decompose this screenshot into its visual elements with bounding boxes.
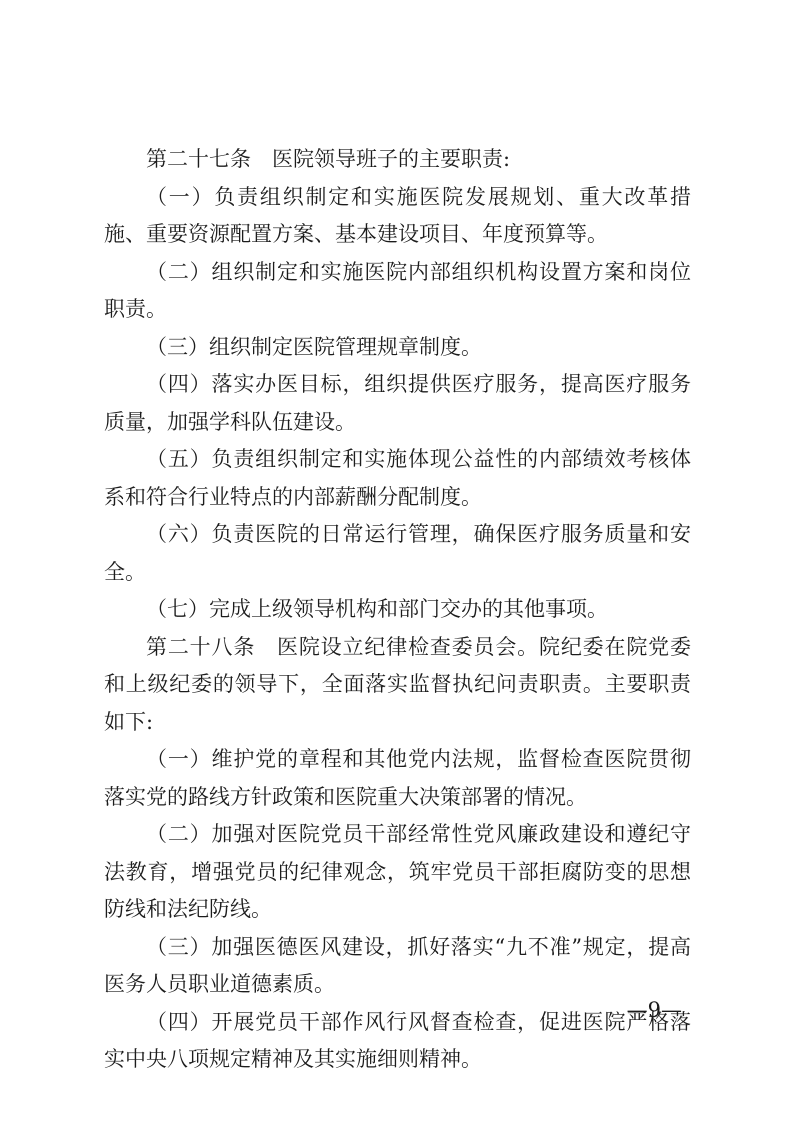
article-28-item-1: （一）维护党的章程和其他党内法规，监督检查医院贯彻落实党的路线方针政策和医院重大… [104,741,691,816]
article-28-item-4: （四）开展党员干部作风行风督查检查，促进医院严格落实中央八项规定精神及其实施细则… [104,1004,691,1079]
article-27-item-6: （六）负责医院的日常运行管理，确保医疗服务质量和安全。 [104,516,691,591]
document-body: 第二十七条 医院领导班子的主要职责: （一）负责组织制定和实施医院发展规划、重大… [104,141,691,1079]
article-27-item-2: （二）组织制定和实施医院内部组织机构设置方案和岗位职责。 [104,254,691,329]
article-27-item-3: （三）组织制定医院管理规章制度。 [104,329,691,367]
article-27-item-7: （七）完成上级领导机构和部门交办的其他事项。 [104,591,691,629]
page-number: —9— [627,995,682,1025]
article-27-item-1: （一）负责组织制定和实施医院发展规划、重大改革措施、重要资源配置方案、基本建设项… [104,179,691,254]
article-27-heading: 第二十七条 医院领导班子的主要职责: [104,141,691,179]
article-27-item-4: （四）落实办医目标，组织提供医疗服务，提高医疗服务质量，加强学科队伍建设。 [104,366,691,441]
document-page: 第二十七条 医院领导班子的主要职责: （一）负责组织制定和实施医院发展规划、重大… [0,0,794,1123]
article-28-heading: 第二十八条 医院设立纪律检查委员会。院纪委在院党委和上级纪委的领导下，全面落实监… [104,629,691,742]
article-27-item-5: （五）负责组织制定和实施体现公益性的内部绩效考核体系和符合行业特点的内部薪酬分配… [104,441,691,516]
article-28-item-2: （二）加强对医院党员干部经常性党风廉政建设和遵纪守法教育，增强党员的纪律观念，筑… [104,816,691,929]
article-28-item-3: （三）加强医德医风建设，抓好落实“九不准”规定，提高医务人员职业道德素质。 [104,929,691,1004]
